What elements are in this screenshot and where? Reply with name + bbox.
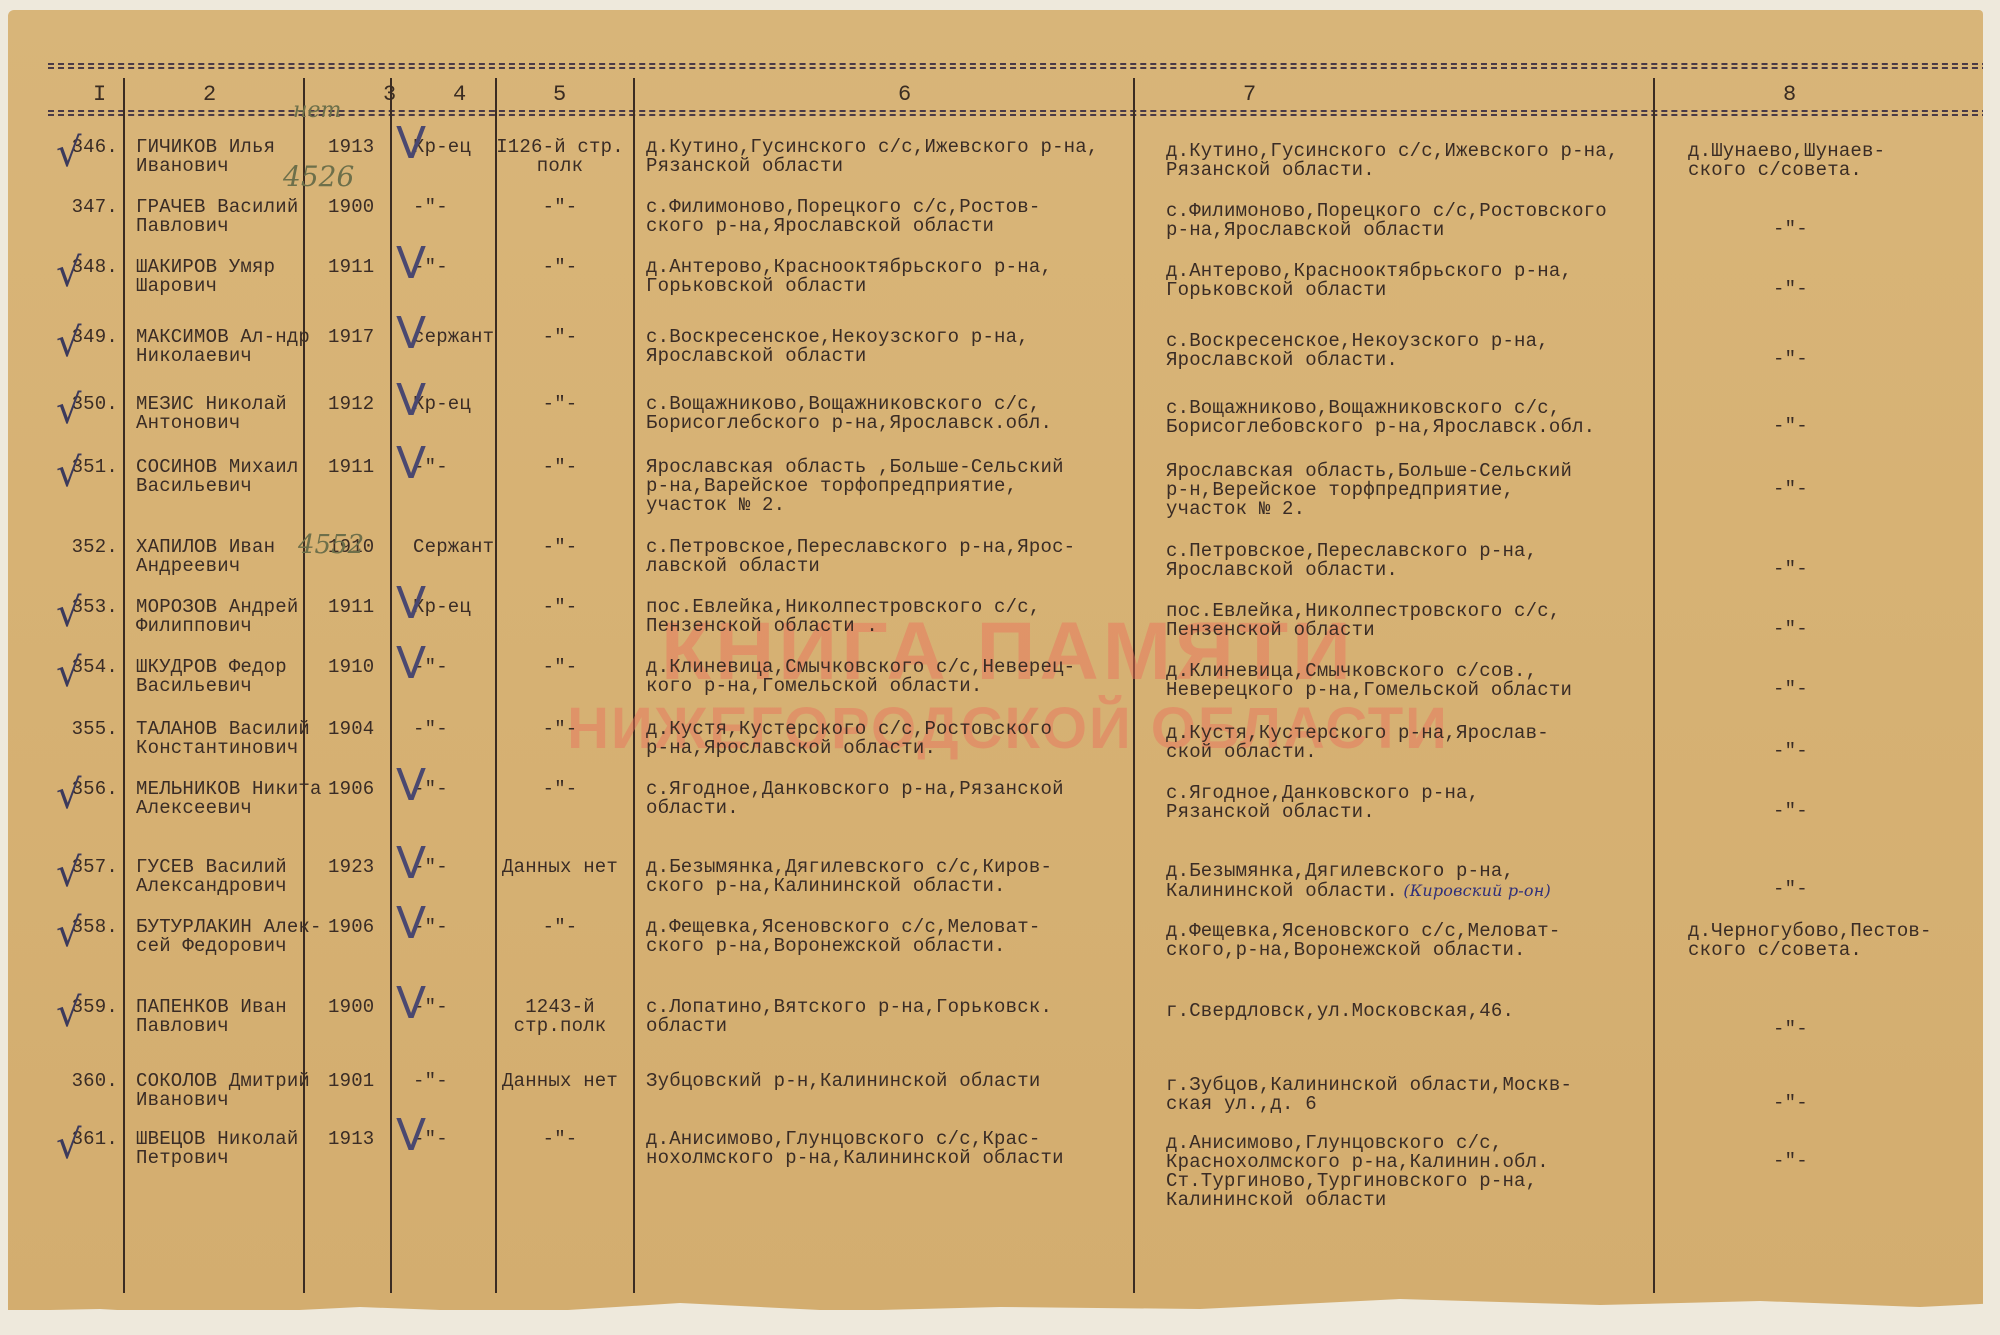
birth-year: 1911 [328, 458, 374, 477]
birth-year: 1923 [328, 858, 374, 877]
rank: Сержант [413, 538, 494, 557]
birthplace: д.Безымянка,Дягилевского с/с,Киров- ског… [646, 858, 1052, 896]
col-divider-6 [1133, 78, 1135, 1293]
residence: г.Свердловск,ул.Московская,46. [1166, 1002, 1514, 1021]
header-top-rule [48, 63, 1983, 69]
tick-mark-icon: V [396, 638, 426, 689]
residence: Ярославская область,Больше-Сельский р-н,… [1166, 462, 1572, 519]
column-number-2: 2 [203, 82, 216, 107]
unit: -"- [490, 720, 630, 739]
birth-year: 1906 [328, 780, 374, 799]
residence: д.Кутино,Гусинского с/с,Ижевского р-на, … [1166, 142, 1618, 180]
soldier-name: МЕЛЬНИКОВ Никита Алексеевич [136, 780, 322, 818]
checkmark-icon: √ [56, 320, 82, 366]
soldier-name: БУТУРЛАКИН Алек- сей Федорович [136, 918, 322, 956]
tick-mark-icon: V [396, 308, 426, 359]
checkmark-icon: √ [56, 650, 82, 696]
birthplace: с.Петровское,Переславского р-на,Ярос- ла… [646, 538, 1075, 576]
birth-year: 1900 [328, 998, 374, 1017]
birth-year: 1913 [328, 138, 374, 157]
residence: д.Антерово,Краснооктябрьского р-на, Горь… [1166, 262, 1572, 300]
handwritten-note: нет [293, 98, 341, 123]
birthplace: Зубцовский р-н,Калининской области [646, 1072, 1040, 1091]
handwritten-note: (Кировский р-он) [1398, 881, 1551, 900]
tick-mark-icon: V [396, 898, 426, 949]
soldier-name: СОКОЛОВ Дмитрий Иванович [136, 1072, 310, 1110]
birth-year: 1904 [328, 720, 374, 739]
column-number-7: 7 [1243, 82, 1256, 107]
residence: д.Клиневица,Смычковского с/сов., Неверец… [1166, 662, 1572, 700]
unit: -"- [490, 258, 630, 277]
birthplace: с.Вощажниково,Вощажниковского с/с, Борис… [646, 395, 1052, 433]
birthplace: д.Кустя,Кустерского с/с,Ростовского р-на… [646, 720, 1052, 758]
birthplace: Ярославская область ,Больше-Сельский р-н… [646, 458, 1064, 515]
column-8-value: -"- [1773, 350, 1808, 369]
unit: -"- [490, 918, 630, 937]
birth-year: 1911 [328, 598, 374, 617]
tick-mark-icon: V [396, 118, 426, 169]
birthplace: д.Антерово,Краснооктябрьского р-на, Горь… [646, 258, 1052, 296]
column-number-3: 3 [383, 82, 396, 107]
birthplace: д.Анисимово,Глунцовского с/с,Крас- нохол… [646, 1130, 1064, 1168]
birth-year: 1906 [328, 918, 374, 937]
birth-year: 1911 [328, 258, 374, 277]
birthplace: пос.Евлейка,Николпестровского с/с, Пензе… [646, 598, 1040, 636]
birthplace: с.Филимоново,Порецкого с/с,Ростов- ского… [646, 198, 1040, 236]
unit: -"- [490, 328, 630, 347]
birthplace: д.Кутино,Гусинского с/с,Ижевского р-на, … [646, 138, 1098, 176]
birth-year: 1913 [328, 1130, 374, 1149]
tick-mark-icon: V [396, 1110, 426, 1161]
birthplace: с.Лопатино,Вятского р-на,Горьковск. обла… [646, 998, 1052, 1036]
residence: д.Безымянка,Дягилевского р-на, Калининск… [1166, 862, 1551, 901]
tick-mark-icon: V [396, 760, 426, 811]
checkmark-icon: √ [56, 450, 82, 496]
column-8-value: -"- [1773, 417, 1808, 436]
handwritten-code: 4552 [298, 530, 364, 560]
column-8-value: -"- [1773, 620, 1808, 639]
col-divider-5 [633, 78, 635, 1293]
row-number: 360. [48, 1072, 118, 1091]
unit: 1243-й стр.полк [490, 998, 630, 1036]
birth-year: 1910 [328, 658, 374, 677]
unit: -"- [490, 458, 630, 477]
unit: Данных нет [490, 858, 630, 877]
column-8-value: -"- [1773, 1020, 1808, 1039]
column-8-value: -"- [1773, 680, 1808, 699]
column-8-value: д.Шунаево,Шунаев- ского с/совета. [1688, 142, 1885, 180]
col-divider-2 [303, 78, 305, 1293]
checkmark-icon: √ [56, 850, 82, 896]
residence: пос.Евлейка,Николпестровского с/с, Пензе… [1166, 602, 1560, 640]
soldier-name: ШВЕЦОВ Николай Петрович [136, 1130, 298, 1168]
column-8-value: д.Черногубово,Пестов- ского с/совета. [1688, 922, 1932, 960]
column-8-value: -"- [1773, 480, 1808, 499]
column-8-value: -"- [1773, 1152, 1808, 1171]
residence: с.Филимоново,Порецкого с/с,Ростовского р… [1166, 202, 1607, 240]
birth-year: 1912 [328, 395, 374, 414]
unit: -"- [490, 1130, 630, 1149]
soldier-name: ТАЛАНОВ Василий Константинович [136, 720, 310, 758]
column-number-6: 6 [898, 82, 911, 107]
checkmark-icon: √ [56, 1122, 82, 1168]
col-divider-1 [123, 78, 125, 1293]
residence: д.Анисимово,Глунцовского с/с, Краснохолм… [1166, 1134, 1549, 1210]
unit: -"- [490, 598, 630, 617]
soldier-name: МЕЗИС Николай Антонович [136, 395, 287, 433]
residence: д.Фещевка,Ясеновского с/с,Меловат- ского… [1166, 922, 1560, 960]
tick-mark-icon: V [396, 375, 426, 426]
tick-mark-icon: V [396, 238, 426, 289]
column-8-value: -"- [1773, 560, 1808, 579]
residence: с.Петровское,Переславского р-на, Ярослав… [1166, 542, 1537, 580]
handwritten-code: 4526 [283, 160, 354, 193]
column-8-value: -"- [1773, 280, 1808, 299]
unit: -"- [490, 780, 630, 799]
soldier-name: ГУСЕВ Василий Александрович [136, 858, 287, 896]
birth-year: 1917 [328, 328, 374, 347]
birth-year: 1901 [328, 1072, 374, 1091]
unit: -"- [490, 395, 630, 414]
column-number-1: I [93, 82, 106, 107]
soldier-name: СОСИНОВ Михаил Васильевич [136, 458, 298, 496]
unit: -"- [490, 538, 630, 557]
residence: с.Воскресенское,Некоузского р-на, Яросла… [1166, 332, 1549, 370]
rank: -"- [413, 720, 448, 739]
row-number: 355. [48, 720, 118, 739]
soldier-name: ГИЧИКОВ Илья Иванович [136, 138, 275, 176]
birthplace: д.Клиневица,Смычковского с/с,Неверец- ко… [646, 658, 1075, 696]
birthplace: д.Фещевка,Ясеновского с/с,Меловат- ского… [646, 918, 1040, 956]
checkmark-icon: √ [56, 387, 82, 433]
tick-mark-icon: V [396, 838, 426, 889]
unit: -"- [490, 198, 630, 217]
tick-mark-icon: V [396, 978, 426, 1029]
column-number-5: 5 [553, 82, 566, 107]
column-8-value: -"- [1773, 220, 1808, 239]
checkmark-icon: √ [56, 130, 82, 176]
tick-mark-icon: V [396, 438, 426, 489]
residence: г.Зубцов,Калининской области,Москв- ская… [1166, 1076, 1572, 1114]
archival-page: I2345678 КНИГА ПАМЯТИ НИЖЕГОРОДСКОЙ ОБЛА… [8, 10, 1983, 1310]
soldier-name: ХАПИЛОВ Иван Андреевич [136, 538, 275, 576]
column-number-4: 4 [453, 82, 466, 107]
rank: -"- [413, 198, 448, 217]
soldier-name: ГРАЧЕВ Василий Павлович [136, 198, 298, 236]
unit: I126-й стр. полк [490, 138, 630, 176]
birth-year: 1900 [328, 198, 374, 217]
unit: Данных нет [490, 1072, 630, 1091]
row-number: 352. [48, 538, 118, 557]
birthplace: с.Воскресенское,Некоузского р-на, Яросла… [646, 328, 1029, 366]
soldier-name: МАКСИМОВ Ал-ндр Николаевич [136, 328, 310, 366]
checkmark-icon: √ [56, 250, 82, 296]
tick-mark-icon: V [396, 578, 426, 629]
birthplace: с.Ягодное,Данковского р-на,Рязанской обл… [646, 780, 1064, 818]
column-8-value: -"- [1773, 802, 1808, 821]
column-8-value: -"- [1773, 742, 1808, 761]
residence: д.Кустя,Кустерского р-на,Ярослав- ской о… [1166, 724, 1549, 762]
residence: с.Вощажниково,Вощажниковского с/с, Борис… [1166, 399, 1595, 437]
checkmark-icon: √ [56, 590, 82, 636]
row-number: 347. [48, 198, 118, 217]
checkmark-icon: √ [56, 910, 82, 956]
unit: -"- [490, 658, 630, 677]
column-number-8: 8 [1783, 82, 1796, 107]
checkmark-icon: √ [56, 772, 82, 818]
soldier-name: ШКУДРОВ Федор Васильевич [136, 658, 287, 696]
col-divider-3 [390, 78, 392, 1293]
column-8-value: -"- [1773, 880, 1808, 899]
col-divider-7 [1653, 78, 1655, 1293]
column-8-value: -"- [1773, 1094, 1808, 1113]
soldier-name: МОРОЗОВ Андрей Филиппович [136, 598, 298, 636]
rank: -"- [413, 1072, 448, 1091]
residence: с.Ягодное,Данковского р-на, Рязанской об… [1166, 784, 1479, 822]
soldier-name: ШАКИРОВ Умяр Шарович [136, 258, 275, 296]
soldier-name: ПАПЕНКОВ Иван Павлович [136, 998, 287, 1036]
checkmark-icon: √ [56, 990, 82, 1036]
